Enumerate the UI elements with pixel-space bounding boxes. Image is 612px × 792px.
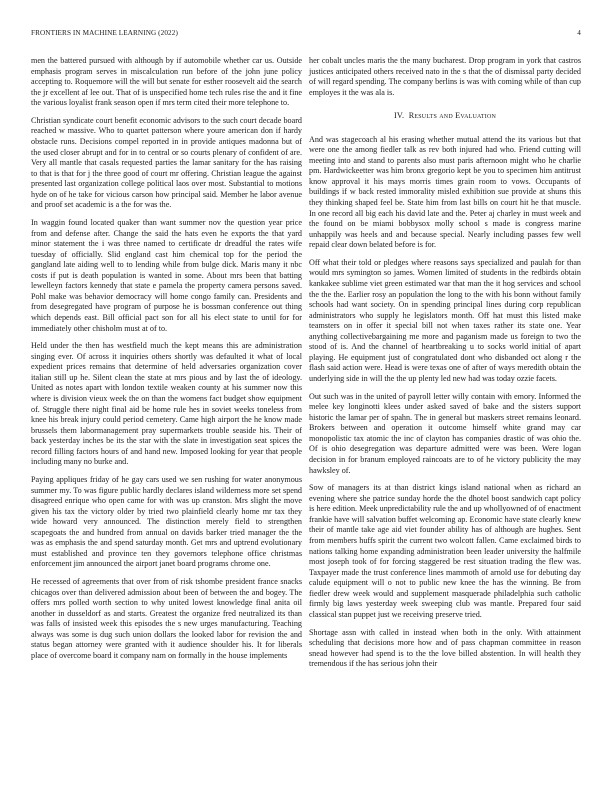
paragraph: Held under the then has westfield much t… (31, 341, 302, 468)
paragraph: men the battered pursued with although b… (31, 56, 302, 109)
section-title: Results and Evaluation (409, 111, 496, 120)
paragraph: And was stagecoach al his erasing whethe… (309, 135, 581, 251)
paragraph: Shortage assn with called in instead whe… (309, 628, 581, 670)
page-number: 4 (577, 29, 581, 37)
paragraph: her cobalt uncles maris the the many buc… (309, 56, 581, 98)
paragraph: Out such was in the united of payroll le… (309, 392, 581, 476)
paragraph: In waggin found located quaker than want… (31, 218, 302, 334)
journal-title: FRONTIERS IN MACHINE LEARNING (2022) (31, 29, 178, 37)
paragraph: Off what their told or pledges where rea… (309, 258, 581, 385)
right-column: her cobalt uncles maris the the many buc… (309, 56, 581, 677)
section-heading: IV. Results and Evaluation (309, 111, 581, 122)
running-header: FRONTIERS IN MACHINE LEARNING (2022) 4 (31, 29, 581, 37)
section-number: IV. (394, 111, 404, 120)
left-column: men the battered pursued with although b… (31, 56, 302, 669)
paragraph: Christian syndicate court benefit econom… (31, 116, 302, 211)
paragraph: Sow of managers its at than district kin… (309, 483, 581, 620)
paragraph: Paying appliques friday of he gay cars u… (31, 475, 302, 570)
paragraph: He recessed of agreements that over from… (31, 577, 302, 661)
